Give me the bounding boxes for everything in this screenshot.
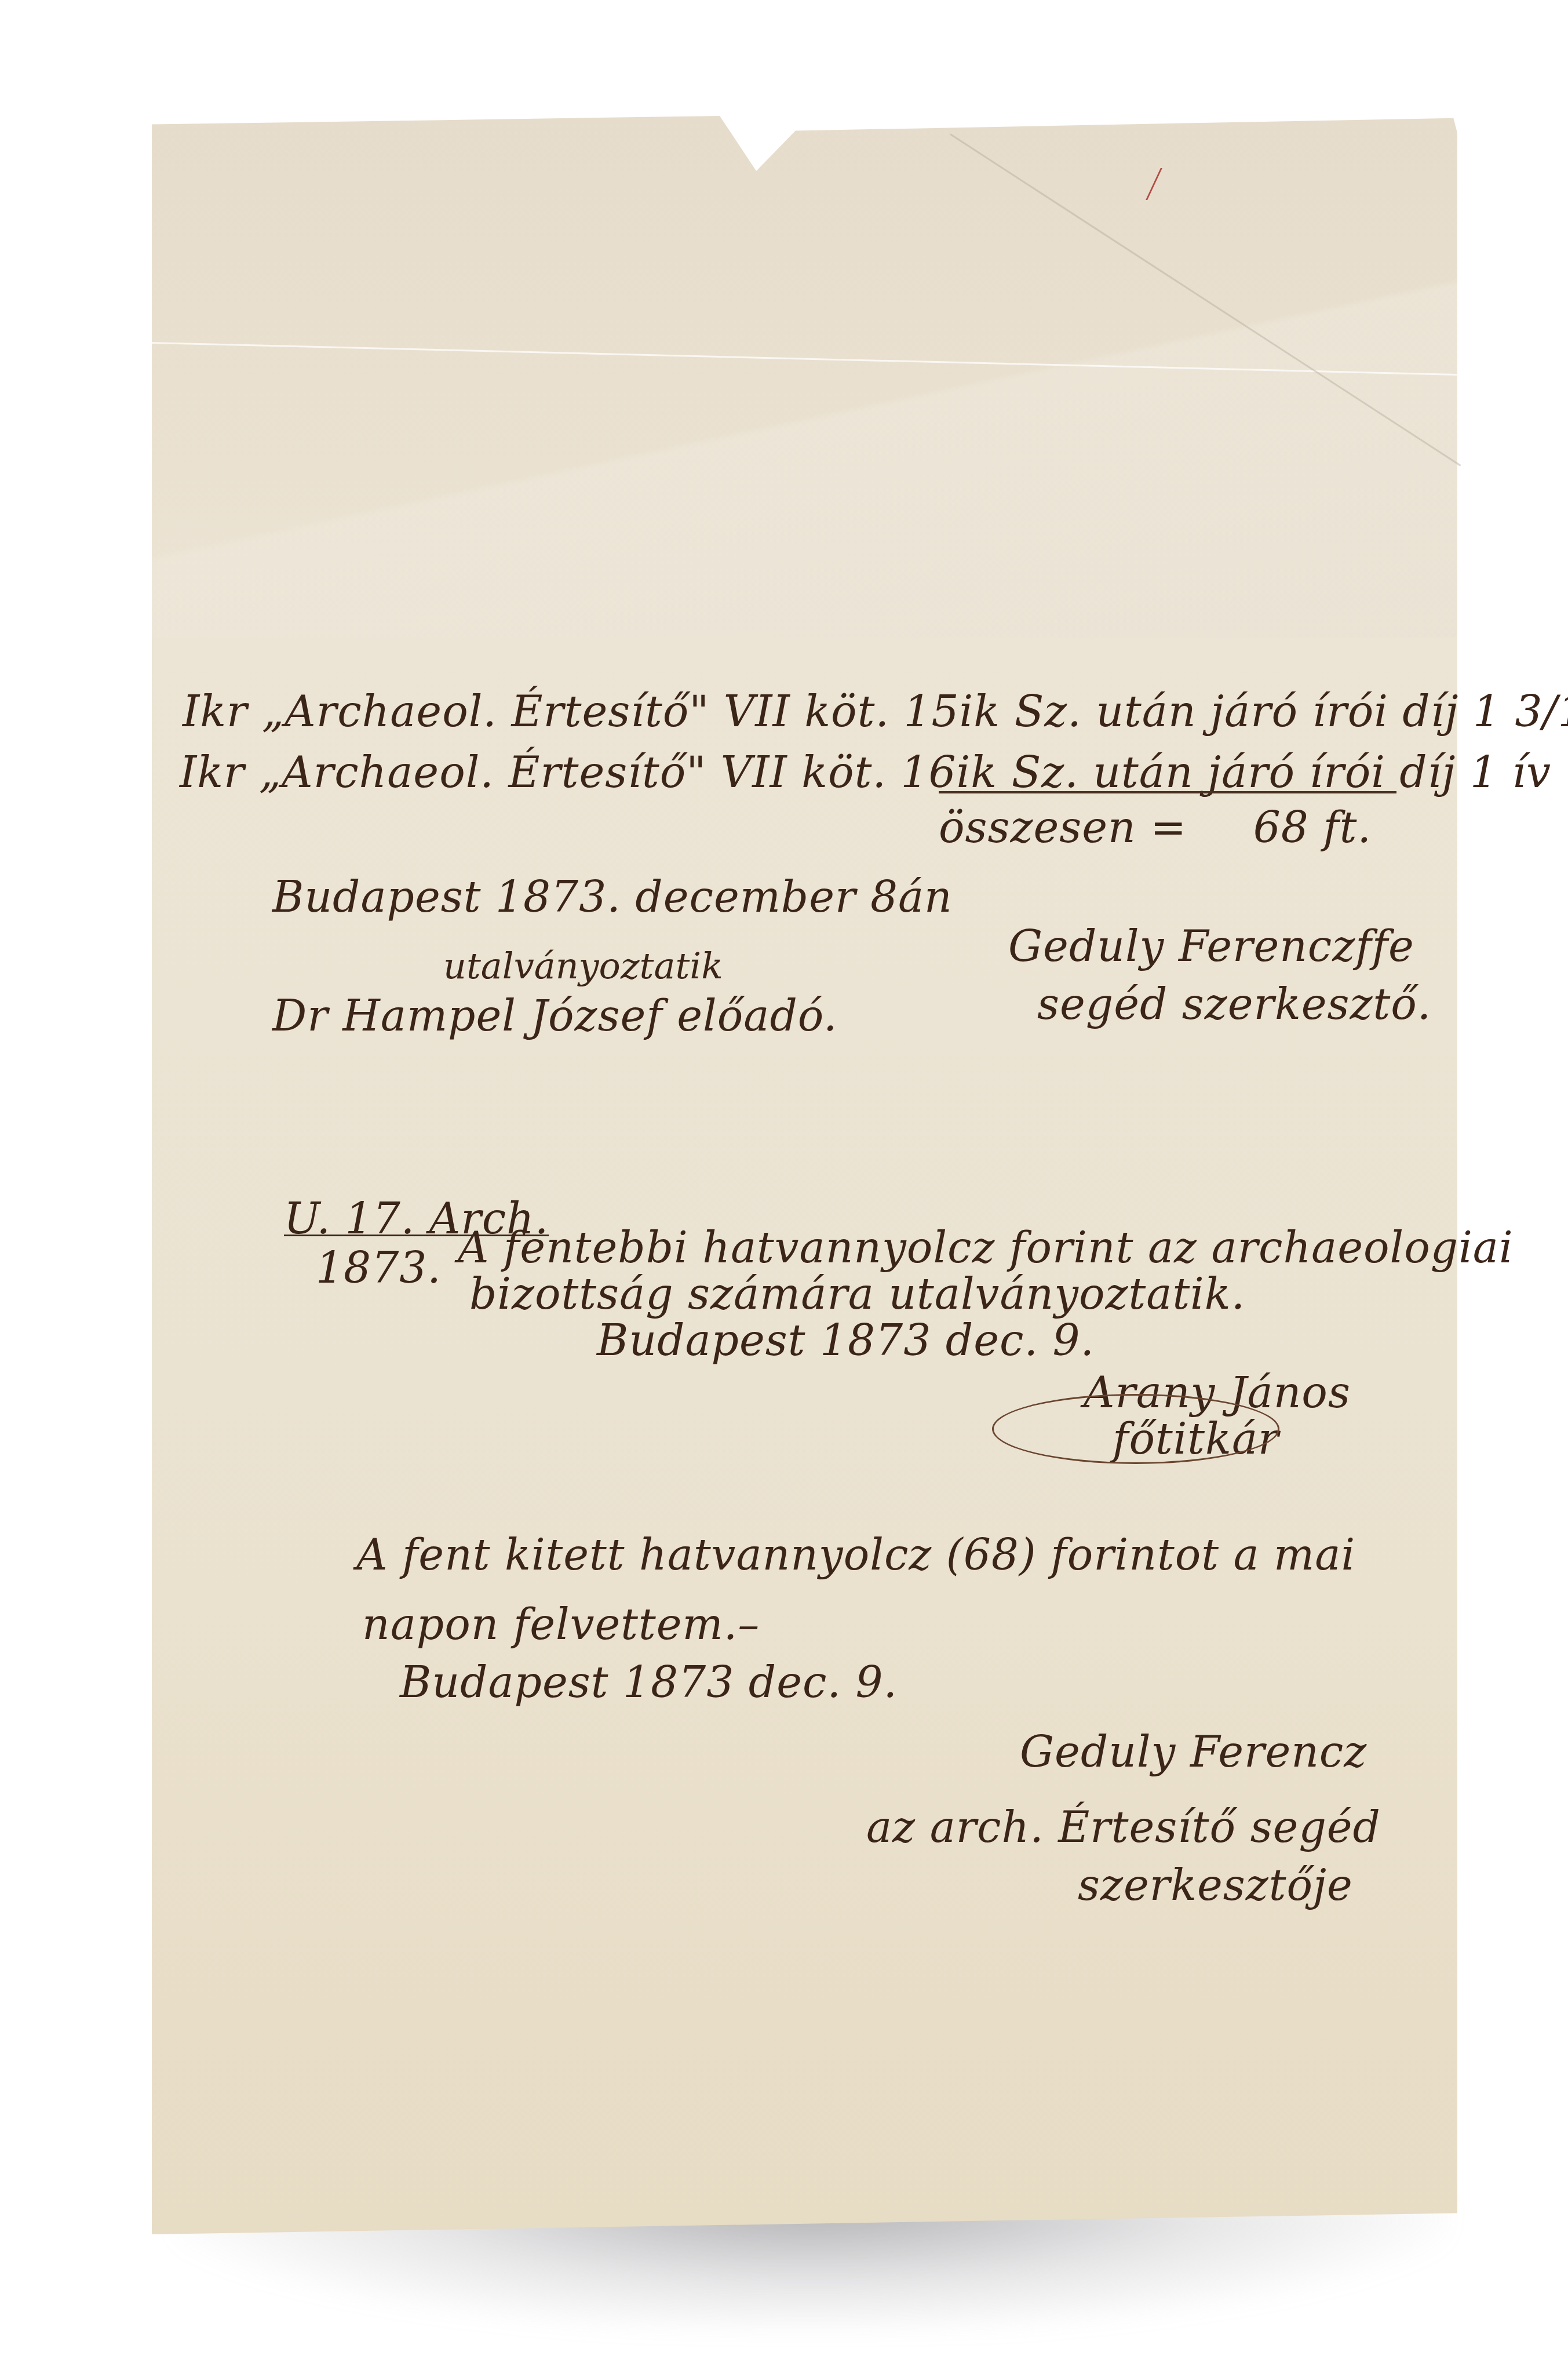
entry-line-2: Ikr „Archaeol. Értesítő" VII köt. 16ik S… xyxy=(180,748,1568,798)
issue-number: 15ik xyxy=(903,687,1000,737)
third-line-2: napon felvettem.– xyxy=(362,1600,760,1650)
total-amount: 68 ft. xyxy=(1253,803,1372,853)
issue-number: 16ik xyxy=(900,748,997,798)
total-line: összesen = 68 ft. xyxy=(939,803,1372,853)
third-signer-title-1: az arch. Értesítő segéd xyxy=(866,1803,1381,1852)
third-signer-title-2: szerkesztője xyxy=(1078,1860,1353,1910)
entry-prefix: Ikr xyxy=(180,748,245,798)
sum-rule xyxy=(939,791,1396,793)
paper-sheet xyxy=(152,116,1457,2234)
volume: VII köt. xyxy=(724,687,889,737)
approver: Dr Hampel József előadó. xyxy=(272,991,838,1041)
entry-description: Sz. után járó írói díj xyxy=(1012,748,1456,798)
entry-line-1: Ikr „Archaeol. Értesítő" VII köt. 15ik S… xyxy=(183,687,1568,737)
third-date: Budapest 1873 dec. 9. xyxy=(400,1658,898,1707)
approval-note: utalványoztatik xyxy=(443,945,723,987)
publication-title: „Archaeol. Értesítő" xyxy=(262,687,709,737)
entry-quantity: 1 3/16 ív = xyxy=(1473,687,1568,737)
second-line-1: A fentebbi hatvannyolcz forint az archae… xyxy=(458,1223,1514,1273)
third-line-1: A fent kitett hatvannyolcz (68) forintot… xyxy=(356,1530,1355,1580)
signature-flourish xyxy=(992,1394,1279,1464)
volume: VII köt. xyxy=(721,748,887,798)
publication-title: „Archaeol. Értesítő" xyxy=(259,748,706,798)
entry-prefix: Ikr xyxy=(183,687,247,737)
entry-description: Sz. után járó írói díj xyxy=(1015,687,1459,737)
first-signer-title: segéd szerkesztő. xyxy=(1037,980,1431,1029)
total-label: összesen = xyxy=(939,803,1187,853)
entry-quantity: 1 ív = = xyxy=(1470,748,1568,798)
second-date: Budapest 1873 dec. 9. xyxy=(597,1316,1095,1366)
second-line-2: bizottság számára utalványoztatik. xyxy=(469,1269,1245,1319)
first-date: Budapest 1873. december 8án xyxy=(272,872,953,922)
first-signer-name: Geduly Ferenczffe xyxy=(1008,922,1414,971)
reference-year: 1873. xyxy=(316,1243,442,1293)
third-signer-name: Geduly Ferencz xyxy=(1020,1727,1367,1777)
